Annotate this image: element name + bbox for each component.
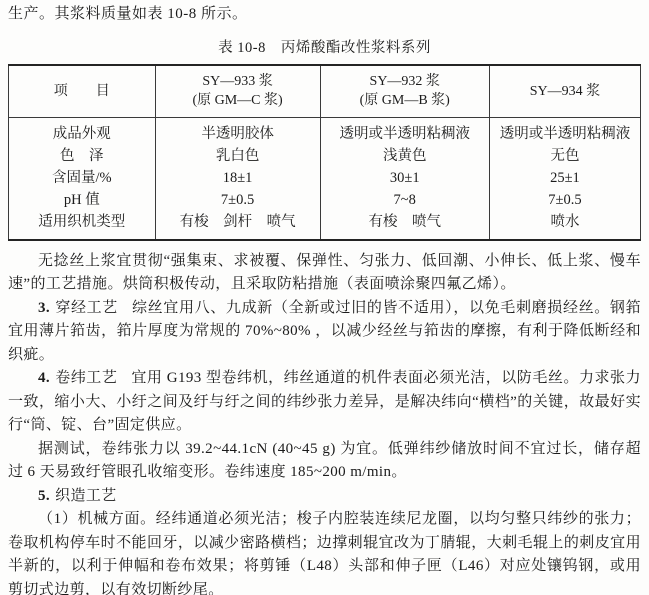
section-5-weaving: 5.织造工艺 <box>8 485 641 509</box>
header-cell-sy934: SY—934 浆 <box>489 65 640 117</box>
cell-value: 7±0.5 <box>489 189 640 211</box>
cell-value: 乳白色 <box>155 145 320 167</box>
table-row-ph: pH 值 7±0.5 7~8 7±0.5 <box>9 189 641 211</box>
sizing-series-table: 项 目 SY—933 浆 (原 GM—C 浆) SY—932 浆 (原 GM—B… <box>8 64 641 241</box>
table-row-loom-type: 适用织机类型 有梭 剑杆 喷气 有梭 喷气 喷水 <box>9 211 641 240</box>
intro-line: 生产。其浆料质量如表 10-8 所示。 <box>8 4 641 25</box>
table-row-solid-content: 含固量/% 18±1 30±1 25±1 <box>9 167 641 189</box>
cell-value: 有梭 喷气 <box>320 211 489 240</box>
paragraph-sizing-measures: 无捻丝上浆宜贯彻“强集束、求被覆、保弹性、匀张力、低回潮、小伸长、低上浆、慢车速… <box>8 250 641 297</box>
table-caption: 表 10-8 丙烯酸酯改性浆料系列 <box>8 36 641 57</box>
cell-value: 浅黄色 <box>320 145 489 167</box>
header-line2: (原 GM—C 浆) <box>160 91 316 110</box>
table-row-appearance: 成品外观 半透明胶体 透明或半透明粘稠液 透明或半透明粘稠液 <box>9 117 641 145</box>
section-3-threading: 3.穿经工艺综丝宜用八、九成新（全新或过旧的皆不适用），以免毛刺磨损经丝。钢筘宜… <box>8 297 641 368</box>
cell-value: 30±1 <box>320 167 489 189</box>
section-title: 卷纬工艺 <box>55 370 117 386</box>
row-label: 成品外观 <box>9 117 156 145</box>
cell-value: 喷水 <box>489 211 640 240</box>
cell-value: 18±1 <box>155 167 320 189</box>
row-label: pH 值 <box>9 189 156 211</box>
row-label: 色 泽 <box>9 145 156 167</box>
section-number: 4. <box>38 370 50 386</box>
paragraph-tension-test: 据测试，卷纬张力以 39.2~44.1cN (40~45 g) 为宜。低弹纬纱储… <box>8 438 641 485</box>
section-number: 5. <box>38 488 50 504</box>
cell-value: 7±0.5 <box>155 189 320 211</box>
header-line1: SY—933 浆 <box>160 72 316 91</box>
header-line2: (原 GM—B 浆) <box>325 91 485 110</box>
section-number: 3. <box>38 300 50 316</box>
section-4-pirn-winding: 4.卷纬工艺宜用 G193 型卷纬机，纬丝通道的机件表面必须光洁，以防毛丝。力求… <box>8 367 641 438</box>
body-text: 无捻丝上浆宜贯彻“强集束、求被覆、保弹性、匀张力、低回潮、小伸长、低上浆、慢车速… <box>8 250 641 595</box>
header-cell-sy933: SY—933 浆 (原 GM—C 浆) <box>155 65 320 117</box>
header-cell-sy932: SY—932 浆 (原 GM—B 浆) <box>320 65 489 117</box>
table-row-color: 色 泽 乳白色 浅黄色 无色 <box>9 145 641 167</box>
section-title: 织造工艺 <box>55 488 117 504</box>
table-header-row: 项 目 SY—933 浆 (原 GM—C 浆) SY—932 浆 (原 GM—B… <box>9 65 641 117</box>
paragraph-mechanical-aspects: （1）机械方面。经纬通道必须光洁；梭子内腔装连续尼龙圈，以均匀整只纬纱的张力；卷… <box>8 508 641 595</box>
document-page: 生产。其浆料质量如表 10-8 所示。 表 10-8 丙烯酸酯改性浆料系列 项 … <box>0 0 649 595</box>
header-cell-item: 项 目 <box>9 65 156 117</box>
header-line1: 项 目 <box>13 82 151 101</box>
cell-value: 透明或半透明粘稠液 <box>489 117 640 145</box>
row-label: 适用织机类型 <box>9 211 156 240</box>
header-line1: SY—934 浆 <box>494 82 636 101</box>
cell-value: 7~8 <box>320 189 489 211</box>
section-title: 穿经工艺 <box>55 300 118 316</box>
cell-value: 半透明胶体 <box>155 117 320 145</box>
cell-value: 透明或半透明粘稠液 <box>320 117 489 145</box>
header-line1: SY—932 浆 <box>325 72 485 91</box>
row-label: 含固量/% <box>9 167 156 189</box>
cell-value: 无色 <box>489 145 640 167</box>
cell-value: 25±1 <box>489 167 640 189</box>
cell-value: 有梭 剑杆 喷气 <box>155 211 320 240</box>
